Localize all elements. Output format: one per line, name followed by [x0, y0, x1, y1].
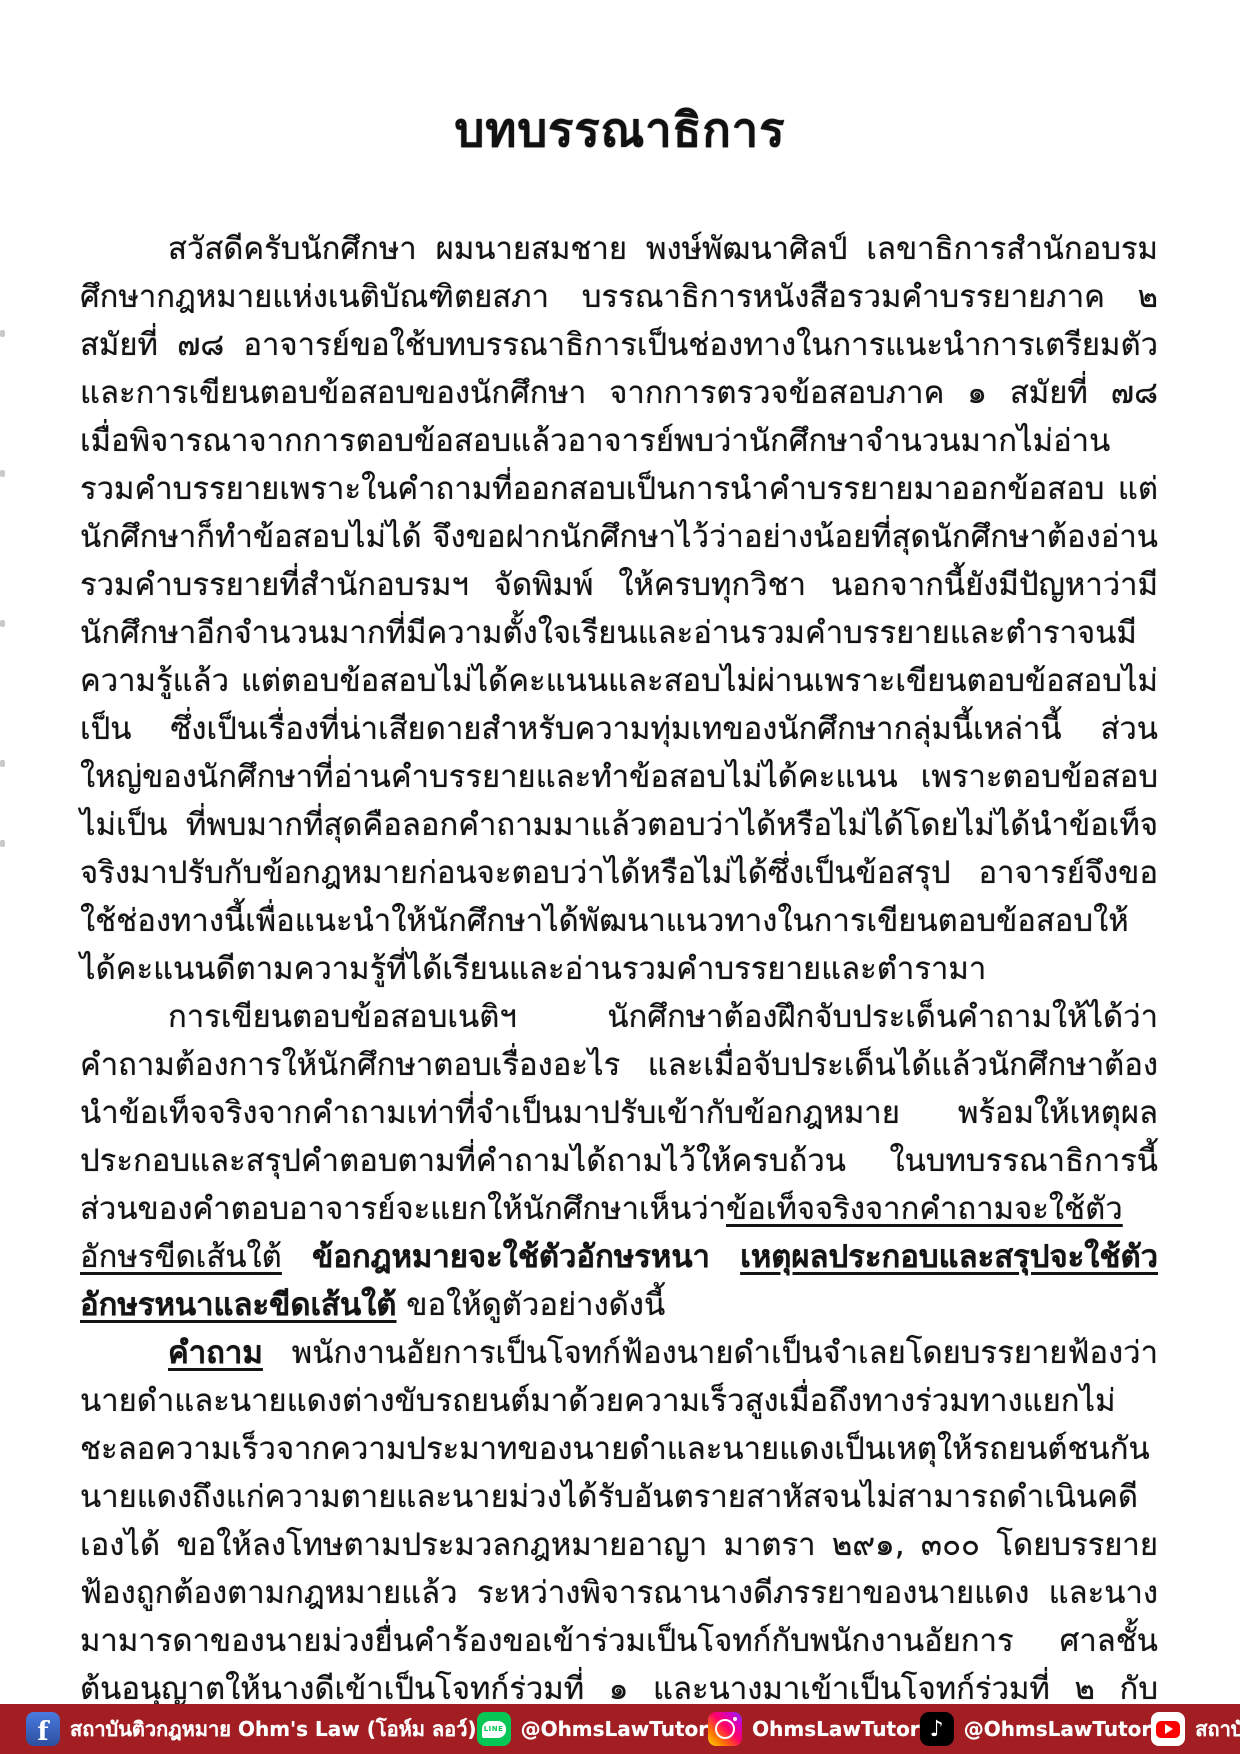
footer-label: สถาบันติวกฎหมาย Ohm's Law โอห์ม ลอว์: [1195, 1713, 1240, 1745]
text-segment: สวัสดีครับนักศึกษา ผมนายสมชาย พงษ์พัฒนาศ…: [80, 231, 1158, 987]
tiktok-icon: ♪: [920, 1712, 954, 1746]
scan-artifact: [0, 330, 5, 337]
footer-label: สถาบันติวกฎหมาย Ohm's Law (โอห์ม ลอว์): [70, 1713, 477, 1745]
text-segment: [710, 1239, 740, 1275]
facebook-icon: f: [26, 1712, 60, 1746]
scanned-document-page: บทบรรณาธิการ สวัสดีครับนักศึกษา ผมนายสมช…: [0, 0, 1240, 1754]
scan-artifact: [0, 620, 5, 627]
footer-item-tiktok: ♪@OhmsLawTutor: [920, 1712, 1152, 1746]
paragraph: คำถาม พนักงานอัยการเป็นโจทก์ฟ้องนายดำเป็…: [80, 1329, 1158, 1754]
paragraph: สวัสดีครับนักศึกษา ผมนายสมชาย พงษ์พัฒนาศ…: [80, 225, 1158, 993]
footer-item-facebook: fสถาบันติวกฎหมาย Ohm's Law (โอห์ม ลอว์): [26, 1712, 477, 1746]
instagram-icon: [708, 1712, 742, 1746]
document-body: สวัสดีครับนักศึกษา ผมนายสมชาย พงษ์พัฒนาศ…: [80, 225, 1158, 1754]
youtube-icon: [1151, 1712, 1185, 1746]
footer-item-youtube: สถาบันติวกฎหมาย Ohm's Law โอห์ม ลอว์: [1151, 1712, 1240, 1746]
footer-label: @OhmsLawTutor: [521, 1717, 709, 1741]
text-segment: ข้อกฎหมายจะใช้ตัวอักษรหนา: [312, 1239, 710, 1275]
footer-label: @OhmsLawTutor: [964, 1717, 1152, 1741]
text-segment: ขอให้ดูตัวอย่างดังนี้: [396, 1287, 665, 1323]
footer-item-line: LINE@OhmsLawTutor: [477, 1712, 709, 1746]
footer-bar: fสถาบันติวกฎหมาย Ohm's Law (โอห์ม ลอว์)L…: [0, 1704, 1240, 1754]
line-icon: LINE: [477, 1712, 511, 1746]
text-segment: คำถาม: [168, 1335, 263, 1371]
footer-label: OhmsLawTutor: [752, 1717, 920, 1741]
text-segment: พนักงานอัยการเป็นโจทก์ฟ้องนายดำเป็นจำเลย…: [80, 1335, 1158, 1754]
scan-artifact: [0, 760, 5, 767]
scan-artifact: [0, 840, 5, 847]
footer-item-instagram: OhmsLawTutor: [708, 1712, 920, 1746]
scan-artifact: [0, 470, 5, 477]
text-segment: [282, 1239, 312, 1275]
page-title: บทบรรณาธิการ: [0, 92, 1240, 167]
paragraph: การเขียนตอบข้อสอบเนติฯ นักศึกษาต้องฝึกจั…: [80, 993, 1158, 1329]
